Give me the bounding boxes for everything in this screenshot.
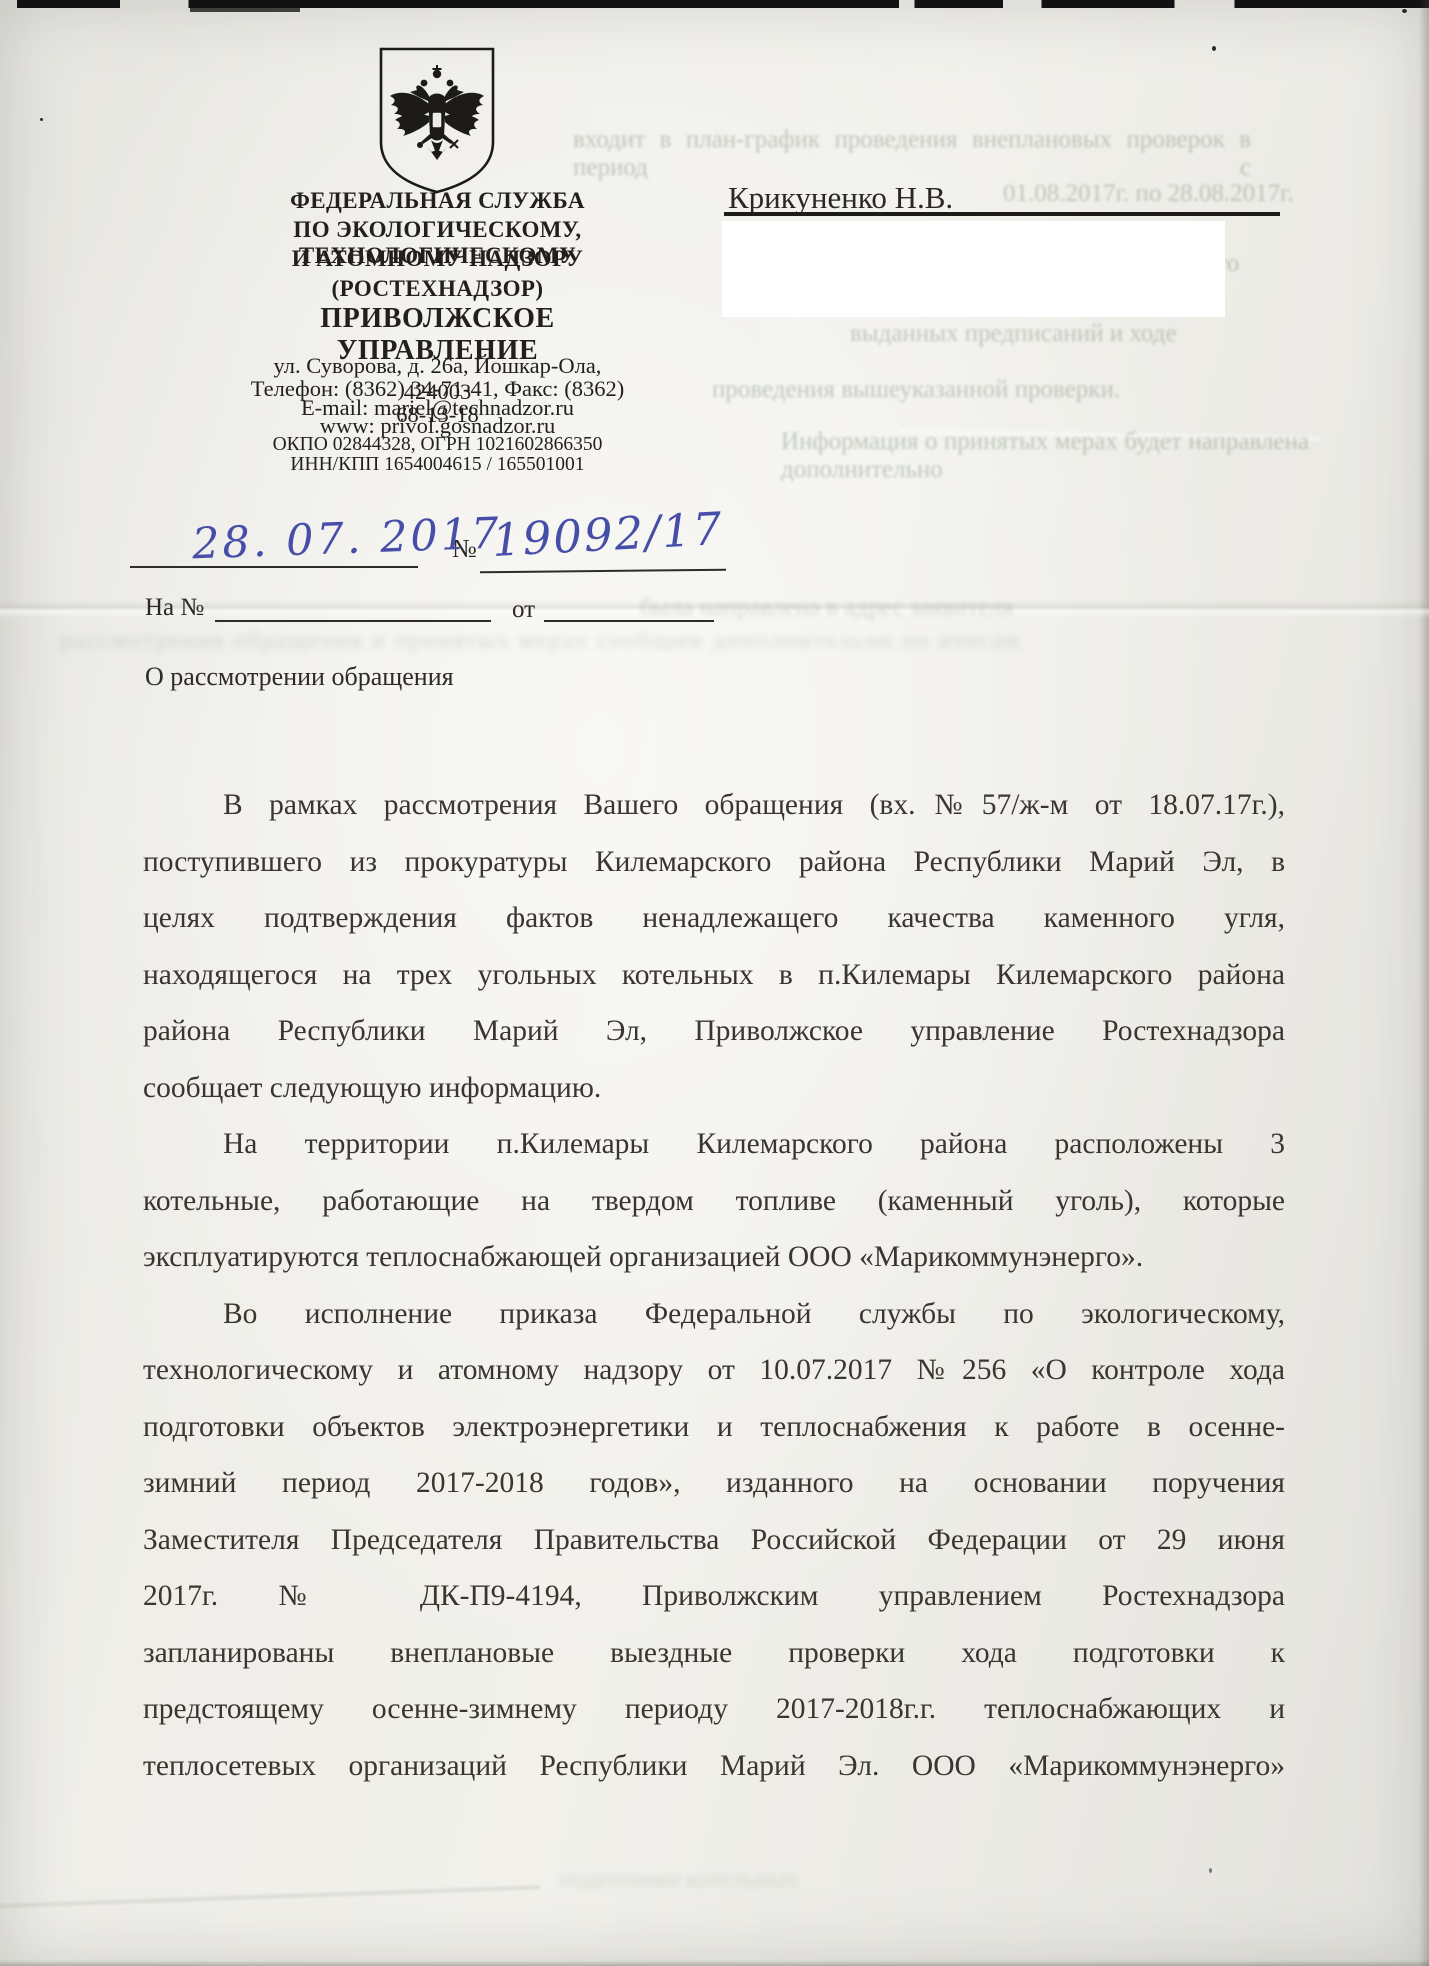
body-line: 2017г. № ДК-П9-4194, Приволжским управле… [143,1568,1285,1625]
body-line: Во исполнение приказа Федеральной службы… [143,1286,1285,1343]
body-line: запланированы внеплановые выездные прове… [143,1625,1285,1682]
scan-bottom-edge-shadow [0,1960,1429,1966]
bleed-through-text: Информация о принятых мерах будет направ… [781,428,1309,512]
subject-line: О рассмотрении обращения [145,662,454,692]
letter-body: В рамках рассмотрения Вашего обращения (… [143,777,1285,1794]
body-line: находящегося на трех угольных котельных … [143,947,1285,1004]
addressee-underline [724,212,1280,216]
scanned-letter-page: входит в план-график проведения внеплано… [0,0,1429,1966]
body-line: теплосетевых организаций Республики Мари… [143,1738,1285,1795]
body-line: технологическому и атомному надзору от 1… [143,1342,1285,1399]
scan-edge-strip [0,0,1429,8]
body-line: поступившего из прокуратуры Килемарского… [143,834,1285,891]
letterhead-org-line-4: (РОСТЕХНАДЗОР) [245,276,630,302]
scan-speck [1212,46,1216,51]
scan-speck [40,118,43,121]
incoming-number-label: На № [145,594,204,622]
letterhead-okpo-ogrn: ОКПО 02844328, ОГРН 1021602866350 [245,434,630,456]
scan-right-edge-shadow [1419,0,1429,1966]
body-line: эксплуатируются теплоснабжающей организа… [143,1229,1285,1286]
bleed-through-text: подготовки котельных [560,1866,800,1894]
coat-of-arms-emblem [376,46,498,201]
body-line: зимний период 2017-2018 годов», изданног… [143,1455,1285,1512]
number-underline [480,569,726,574]
bleed-through-text: проведения вышеуказанной проверки. [712,376,1172,404]
letterhead-org-line-3: И АТОМНОМУ НАДЗОРУ [245,246,630,272]
body-line: Заместителя Председателя Правительства Р… [143,1512,1285,1569]
incoming-from-label: от [512,596,535,624]
body-line: предстоящему осенне-зимнему периоду 2017… [143,1681,1285,1738]
bleed-through-text: 01.08.2017г. по 28.08.2017г. [1003,180,1303,208]
body-line: сообщает следующую информацию. [143,1060,1285,1117]
body-line: района Республики Марий Эл, Приволжское … [143,1003,1285,1060]
body-line: целях подтверждения фактов ненадлежащего… [143,890,1285,947]
incoming-number-blank-line [215,620,491,622]
body-line: подготовки объектов электроэнергетики и … [143,1399,1285,1456]
incoming-date-blank-line [544,620,714,622]
bleed-through-text: была направлена в адрес заявителя [640,594,1030,622]
paper-crease [0,1883,540,1911]
body-line: В рамках рассмотрения Вашего обращения (… [143,777,1285,834]
scan-speck [1209,1868,1212,1873]
body-line: котельные, работающие на твердом топливе… [143,1173,1285,1230]
handwritten-outgoing-number: 19092/17 [491,502,725,567]
bleed-through-band: рассмотрения обращения и принятых мерах … [60,628,1060,656]
body-line: На территории п.Килемары Килемарского ра… [143,1116,1285,1173]
bleed-through-text: выданных предписаний и ходе [850,320,1250,348]
scan-edge-strip-fragment [190,8,300,12]
double-headed-eagle-icon [376,46,498,196]
scan-speck [1402,9,1407,13]
letterhead-inn-kpp: ИНН/КПП 1654004615 / 165501001 [245,454,630,476]
redacted-address-box [722,221,1225,317]
